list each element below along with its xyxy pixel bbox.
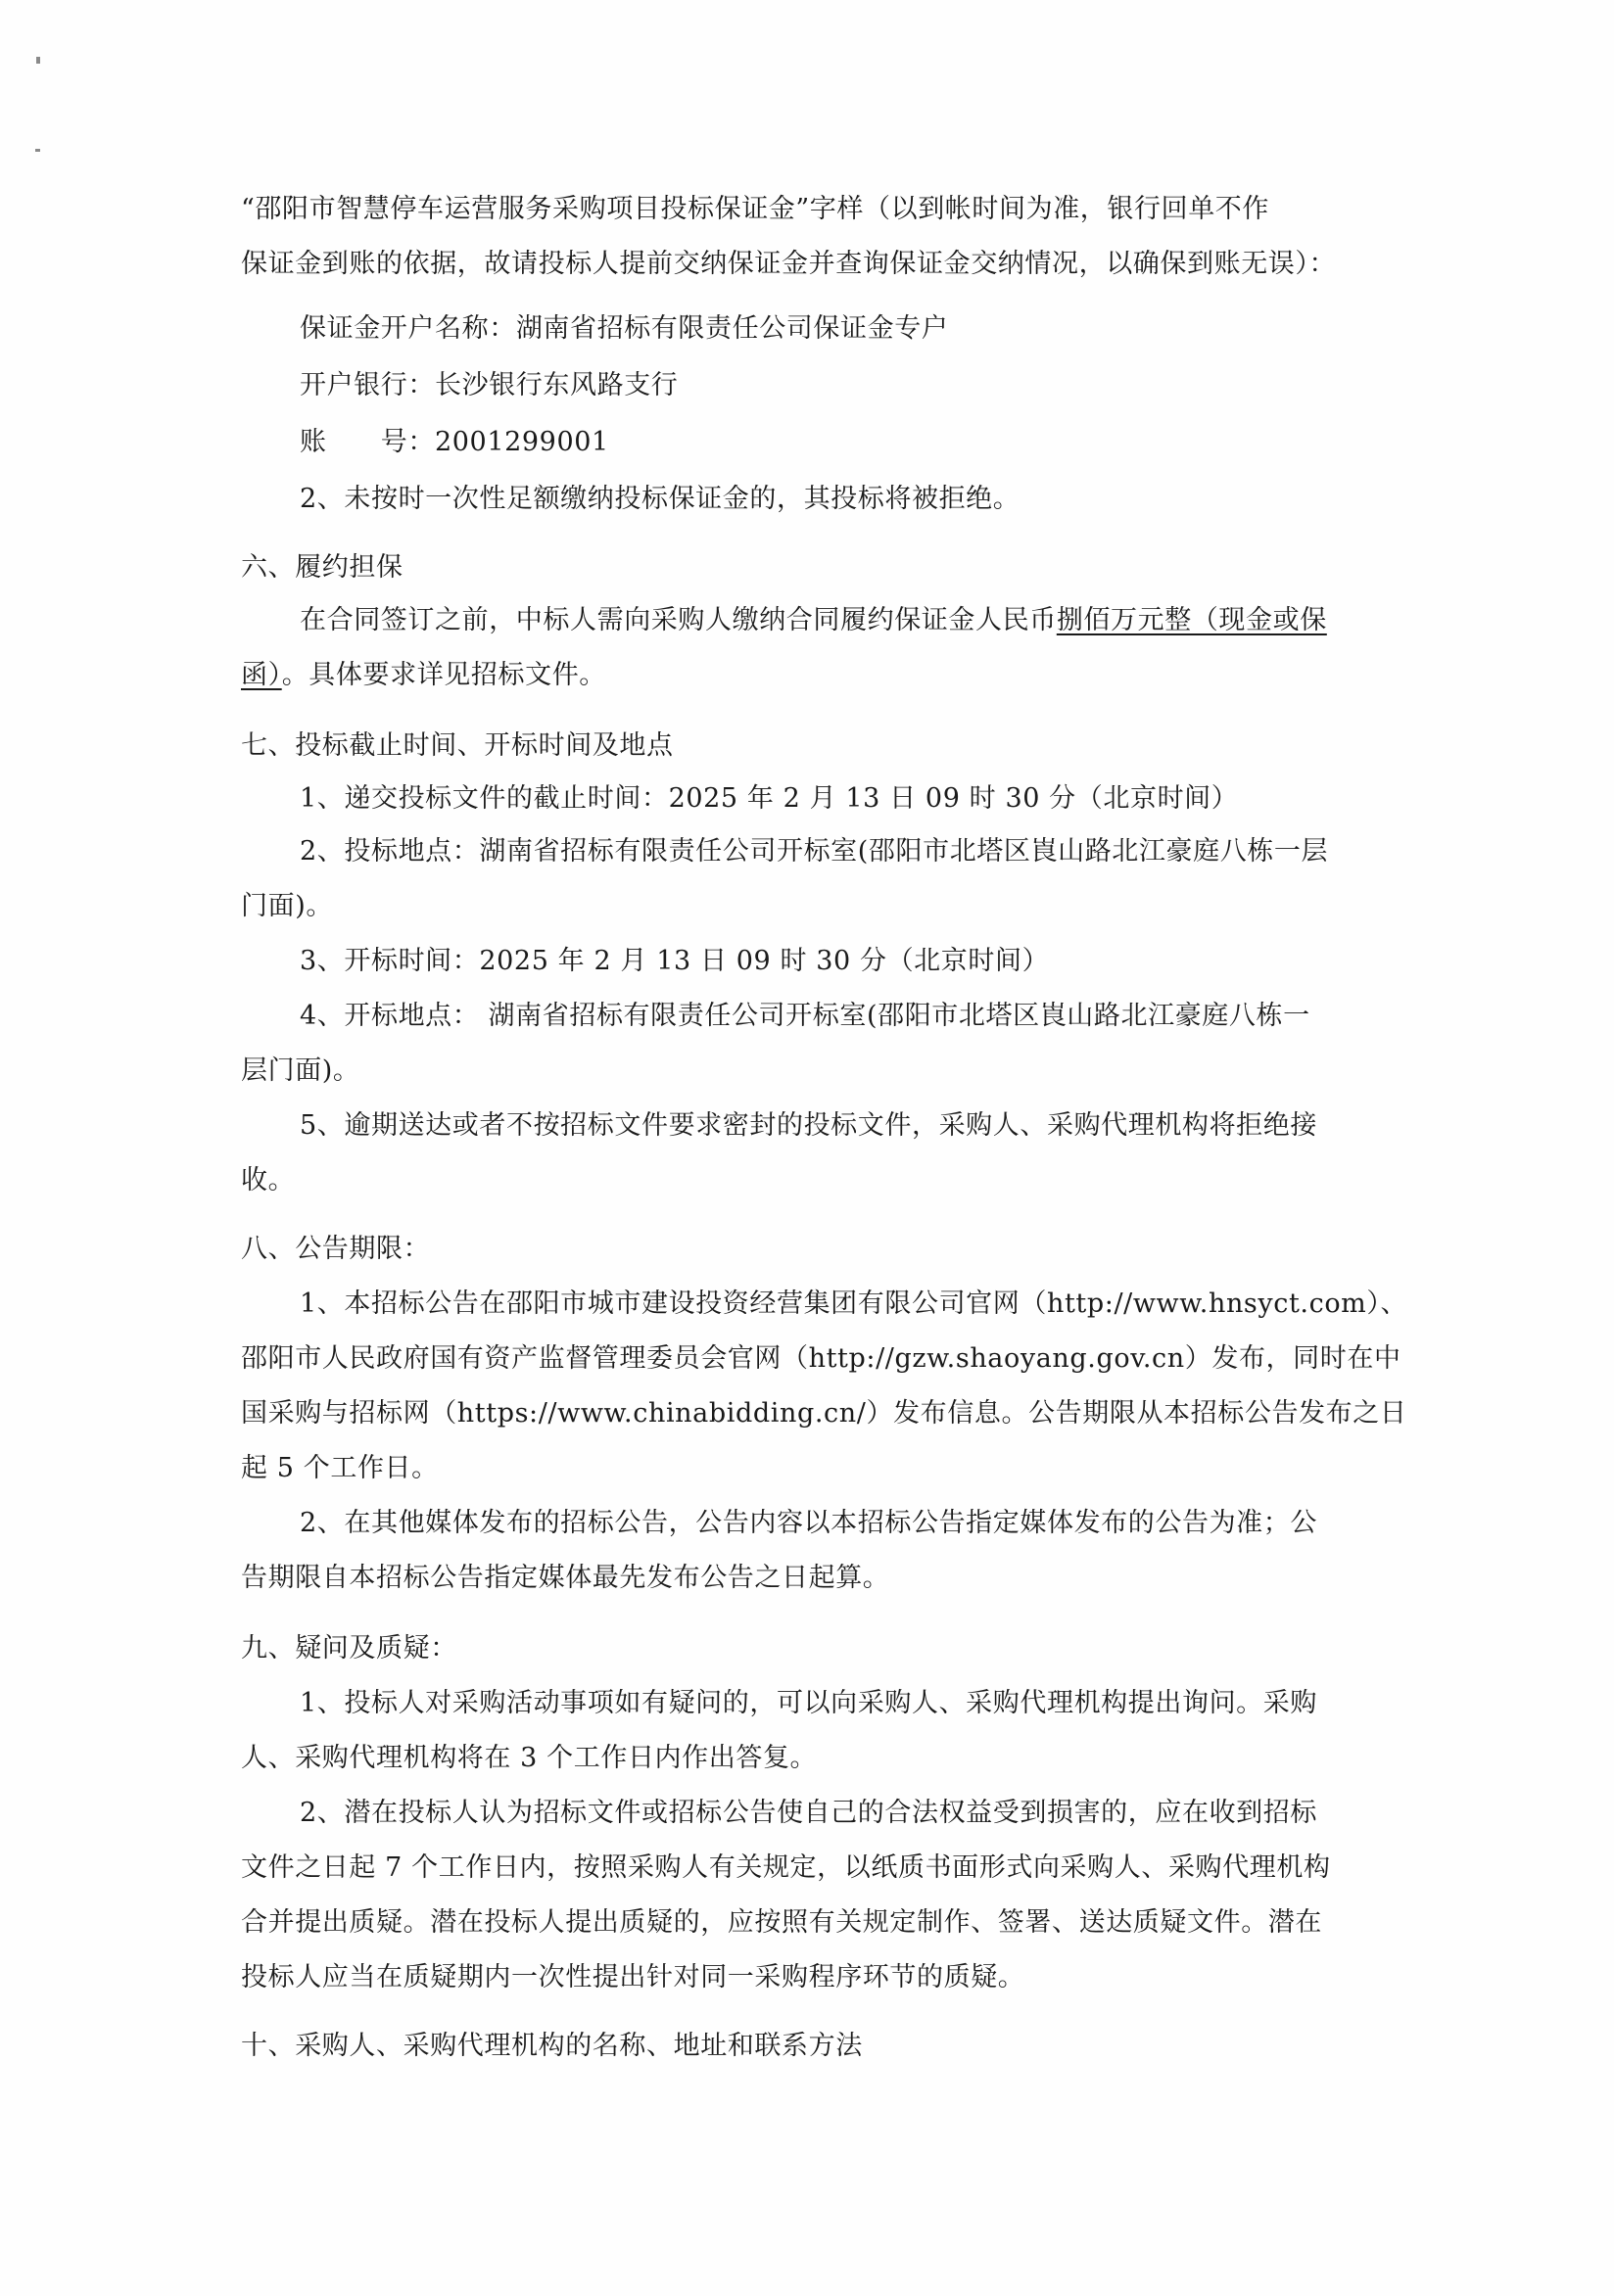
section-8-item-1-line-2: 邵阳市人民政府国有资产监督管理委员会官网（http://gzw.shaoyang…	[241, 1343, 1401, 1375]
section-8-item-2-line-1: 2、在其他媒体发布的招标公告，公告内容以本招标公告指定媒体发布的公告为准；公	[300, 1508, 1317, 1539]
performance-bond-amount: 捌佰万元整（现金或保	[1057, 605, 1327, 635]
account-number-label: 账 号：	[300, 427, 435, 457]
section-9-item-2-line-3: 合并提出质疑。潜在投标人提出质疑的，应按照有关规定制作、签署、送达质疑文件。潜在	[241, 1907, 1322, 1939]
section-9-item-2-line-4: 投标人应当在质疑期内一次性提出针对同一采购程序环节的质疑。	[241, 1962, 1024, 1993]
deposit-text-line-1: “邵阳市智慧停车运营服务采购项目投标保证金”字样（以到帐时间为准，银行回单不作	[241, 194, 1269, 225]
bank-row: 开户银行：长沙银行东风路支行	[300, 370, 678, 401]
deposit-text-line-2: 保证金到账的依据，故请投标人提前交纳保证金并查询保证金交纳情况，以确保到账无误）…	[241, 249, 1336, 280]
section-8-heading: 八、公告期限：	[241, 1234, 430, 1265]
document-page: “邵阳市智慧停车运营服务采购项目投标保证金”字样（以到帐时间为准，银行回单不作 …	[0, 0, 1614, 2296]
performance-bond-text: 在合同签订之前，中标人需向采购人缴纳合同履约保证金人民币	[300, 605, 1057, 635]
section-7-item-5-line-1: 5、逾期送达或者不按招标文件要求密封的投标文件，采购人、采购代理机构将拒绝接	[300, 1110, 1317, 1142]
section-6-heading: 六、履约担保	[241, 552, 403, 584]
account-number-row: 账 号：2001299001	[300, 427, 609, 458]
section-8-item-1-line-3: 国采购与招标网（https://www.chinabidding.cn/）发布信…	[241, 1398, 1406, 1429]
scan-mark	[36, 57, 40, 64]
section-7-heading: 七、投标截止时间、开标时间及地点	[241, 730, 674, 762]
bank-label: 开户银行：	[300, 370, 435, 400]
bank-value: 长沙银行东风路支行	[435, 370, 678, 400]
section-6-paragraph-line-2: 函）。具体要求详见招标文件。	[241, 660, 606, 691]
performance-bond-text-end: 。具体要求详见招标文件。	[282, 660, 606, 690]
section-9-item-2-line-2: 文件之日起 7 个工作日内，按照采购人有关规定，以纸质书面形式向采购人、采购代理…	[241, 1852, 1331, 1884]
section-8-item-1-line-1: 1、本招标公告在邵阳市城市建设投资经营集团有限公司官网（http://www.h…	[300, 1289, 1407, 1320]
section-10-heading: 十、采购人、采购代理机构的名称、地址和联系方法	[241, 2031, 863, 2062]
section-6-paragraph-line-1: 在合同签订之前，中标人需向采购人缴纳合同履约保证金人民币捌佰万元整（现金或保	[300, 605, 1327, 636]
scan-mark	[35, 149, 40, 152]
performance-bond-amount-cont: 函）	[241, 660, 282, 690]
section-9-item-1-line-2: 人、采购代理机构将在 3 个工作日内作出答复。	[241, 1743, 817, 1774]
section-7-item-3: 3、开标时间：2025 年 2 月 13 日 09 时 30 分（北京时间）	[300, 946, 1049, 977]
section-9-item-1-line-1: 1、投标人对采购活动事项如有疑问的，可以向采购人、采购代理机构提出询问。采购	[300, 1688, 1317, 1719]
section-9-heading: 九、疑问及质疑：	[241, 1633, 457, 1664]
account-name-value: 湖南省招标有限责任公司保证金专户	[516, 313, 949, 344]
deposit-rejection-note: 2、未按时一次性足额缴纳投标保证金的，其投标将被拒绝。	[300, 484, 1020, 515]
section-7-item-4-line-1: 4、开标地点： 湖南省招标有限责任公司开标室(邵阳市北塔区崀山路北江豪庭八栋一	[300, 1001, 1310, 1032]
section-8-item-1-line-4: 起 5 个工作日。	[241, 1453, 439, 1484]
account-number-value: 2001299001	[435, 427, 609, 457]
section-7-item-1: 1、递交投标文件的截止时间：2025 年 2 月 13 日 09 时 30 分（…	[300, 783, 1238, 815]
section-7-item-2-line-2: 门面)。	[241, 891, 333, 922]
section-8-item-2-line-2: 告期限自本招标公告指定媒体最先发布公告之日起算。	[241, 1563, 889, 1594]
section-9-item-2-line-1: 2、潜在投标人认为招标文件或招标公告使自己的合法权益受到损害的，应在收到招标	[300, 1798, 1317, 1829]
section-7-item-2-line-1: 2、投标地点：湖南省招标有限责任公司开标室(邵阳市北塔区崀山路北江豪庭八栋一层	[300, 836, 1328, 867]
section-7-item-5-line-2: 收。	[241, 1165, 295, 1196]
section-7-item-4-line-2: 层门面)。	[241, 1055, 360, 1087]
account-name-row: 保证金开户名称：湖南省招标有限责任公司保证金专户	[300, 313, 948, 345]
account-name-label: 保证金开户名称：	[300, 313, 516, 344]
